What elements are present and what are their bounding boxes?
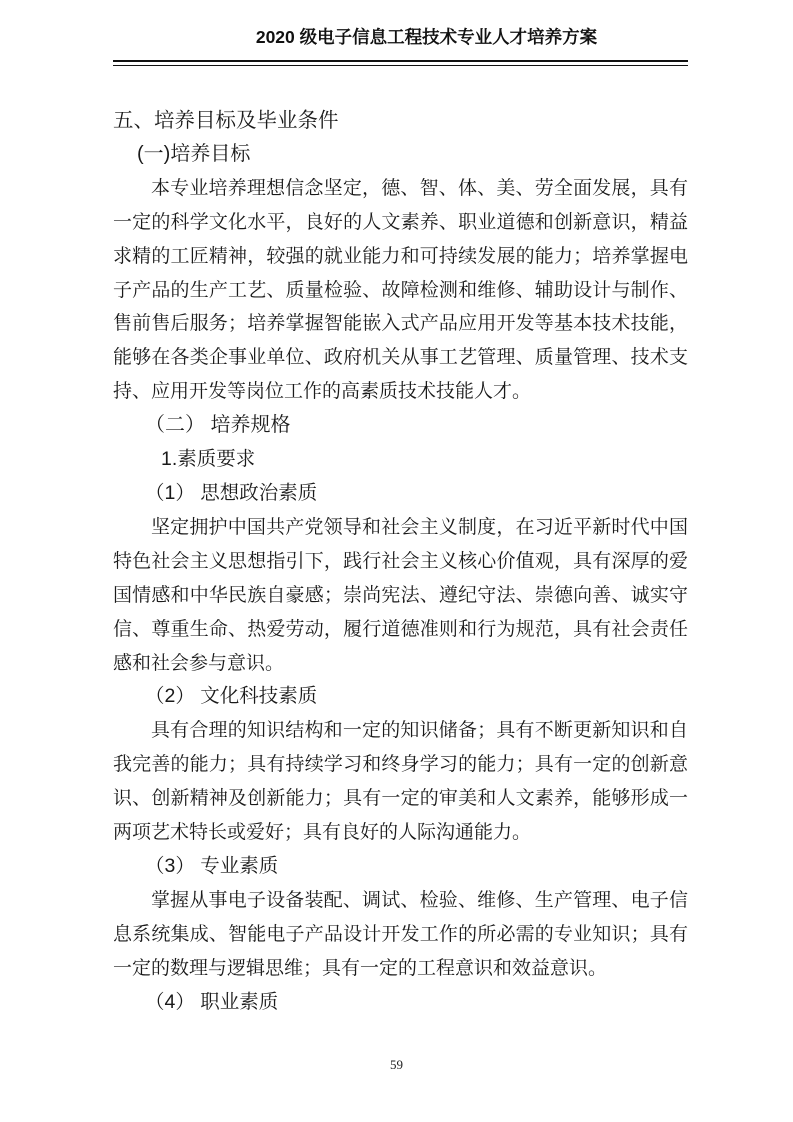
item-1-heading: （1） 思想政治素质 (113, 477, 688, 511)
item-1-paragraph: 坚定拥护中国共产党领导和社会主义制度，在习近平新时代中国特色社会主义思想指引下，… (113, 511, 688, 681)
item-3-heading: （3） 专业素质 (113, 850, 688, 884)
header-rule (113, 60, 688, 66)
item-2-paragraph: 具有合理的知识结构和一定的知识储备；具有不断更新知识和自我完善的能力；具有持续学… (113, 714, 688, 850)
item-4-heading: （4） 职业素质 (113, 986, 688, 1020)
quality-requirements-heading: 1.素质要求 (113, 443, 688, 477)
document-body: 五、培养目标及毕业条件 (一)培养目标 本专业培养理想信念坚定，德、智、体、美、… (113, 104, 688, 1019)
item-3-paragraph: 掌握从事电子设备装配、调试、检验、维修、生产管理、电子信息系统集成、智能电子产品… (113, 884, 688, 986)
spec-heading: （二） 培养规格 (113, 409, 688, 443)
page-number: 59 (0, 1056, 793, 1074)
header-title: 2020 级电子信息工程技术专业人才培养方案 (30, 25, 793, 49)
section-heading: 五、培养目标及毕业条件 (113, 104, 688, 138)
goal-paragraph: 本专业培养理想信念坚定，德、智、体、美、劳全面发展，具有一定的科学文化水平，良好… (113, 172, 688, 409)
document-page: 2020 级电子信息工程技术专业人才培养方案 五、培养目标及毕业条件 (一)培养… (0, 0, 793, 1122)
item-2-heading: （2） 文化科技素质 (113, 680, 688, 714)
goal-heading: (一)培养目标 (113, 138, 688, 172)
